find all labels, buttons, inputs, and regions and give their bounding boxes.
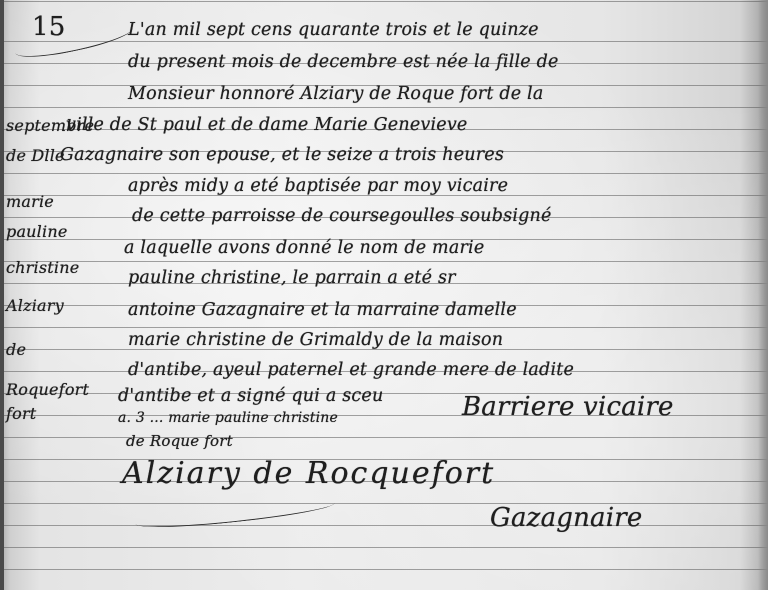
body-line-5: Gazagnaire son epouse, et le seize a tro… bbox=[60, 145, 504, 165]
margin-line-3: marie bbox=[6, 192, 54, 211]
margin-line-4: pauline bbox=[6, 222, 68, 241]
signature-gazagnaire: Gazagnaire bbox=[490, 503, 643, 533]
register-page: 15 L'an mil sept cens quarante trois et … bbox=[0, 0, 768, 590]
body-line-10: antoine Gazagnaire et la marraine damell… bbox=[128, 300, 517, 320]
body-line-11: marie christine de Grimaldy de la maison bbox=[128, 330, 503, 350]
body-line-6: après midy a eté baptisée par moy vicair… bbox=[128, 176, 508, 196]
body-line-12: d'antibe, ayeul paternel et grande mere … bbox=[128, 360, 574, 380]
body-line-2: du present mois de decembre est née la f… bbox=[128, 52, 559, 72]
body-line-3: Monsieur honnoré Alziary de Roque fort d… bbox=[128, 84, 543, 104]
margin-line-1: septembre bbox=[6, 116, 94, 135]
body-line-1: L'an mil sept cens quarante trois et le … bbox=[128, 20, 539, 40]
margin-line-6: Alziary bbox=[6, 296, 64, 315]
signature-flourish bbox=[135, 495, 336, 533]
body-line-15: de Roque fort bbox=[126, 432, 233, 450]
body-line-13: d'antibe et a signé qui a sceu bbox=[118, 386, 383, 406]
signature-alziary: Alziary de Rocquefort bbox=[122, 456, 495, 491]
margin-line-5: christine bbox=[6, 258, 79, 277]
margin-line-2: de Dlle bbox=[6, 146, 65, 165]
body-line-7: de cette parroisse de coursegoulles soub… bbox=[132, 206, 552, 226]
page-right-edge bbox=[758, 0, 768, 590]
body-line-8: a laquelle avons donné le nom de marie bbox=[124, 238, 484, 258]
margin-line-9: fort bbox=[6, 404, 36, 423]
signature-vicaire: Barriere vicaire bbox=[462, 392, 674, 422]
margin-line-8: Roquefort bbox=[6, 380, 89, 399]
margin-line-7: de bbox=[6, 340, 26, 359]
body-line-4: ville de St paul et de dame Marie Genevi… bbox=[66, 115, 467, 135]
page-left-edge bbox=[0, 0, 4, 590]
body-line-14: a. 3 ... marie pauline christine bbox=[118, 410, 338, 426]
body-line-9: pauline christine, le parrain a eté sr bbox=[128, 268, 456, 288]
